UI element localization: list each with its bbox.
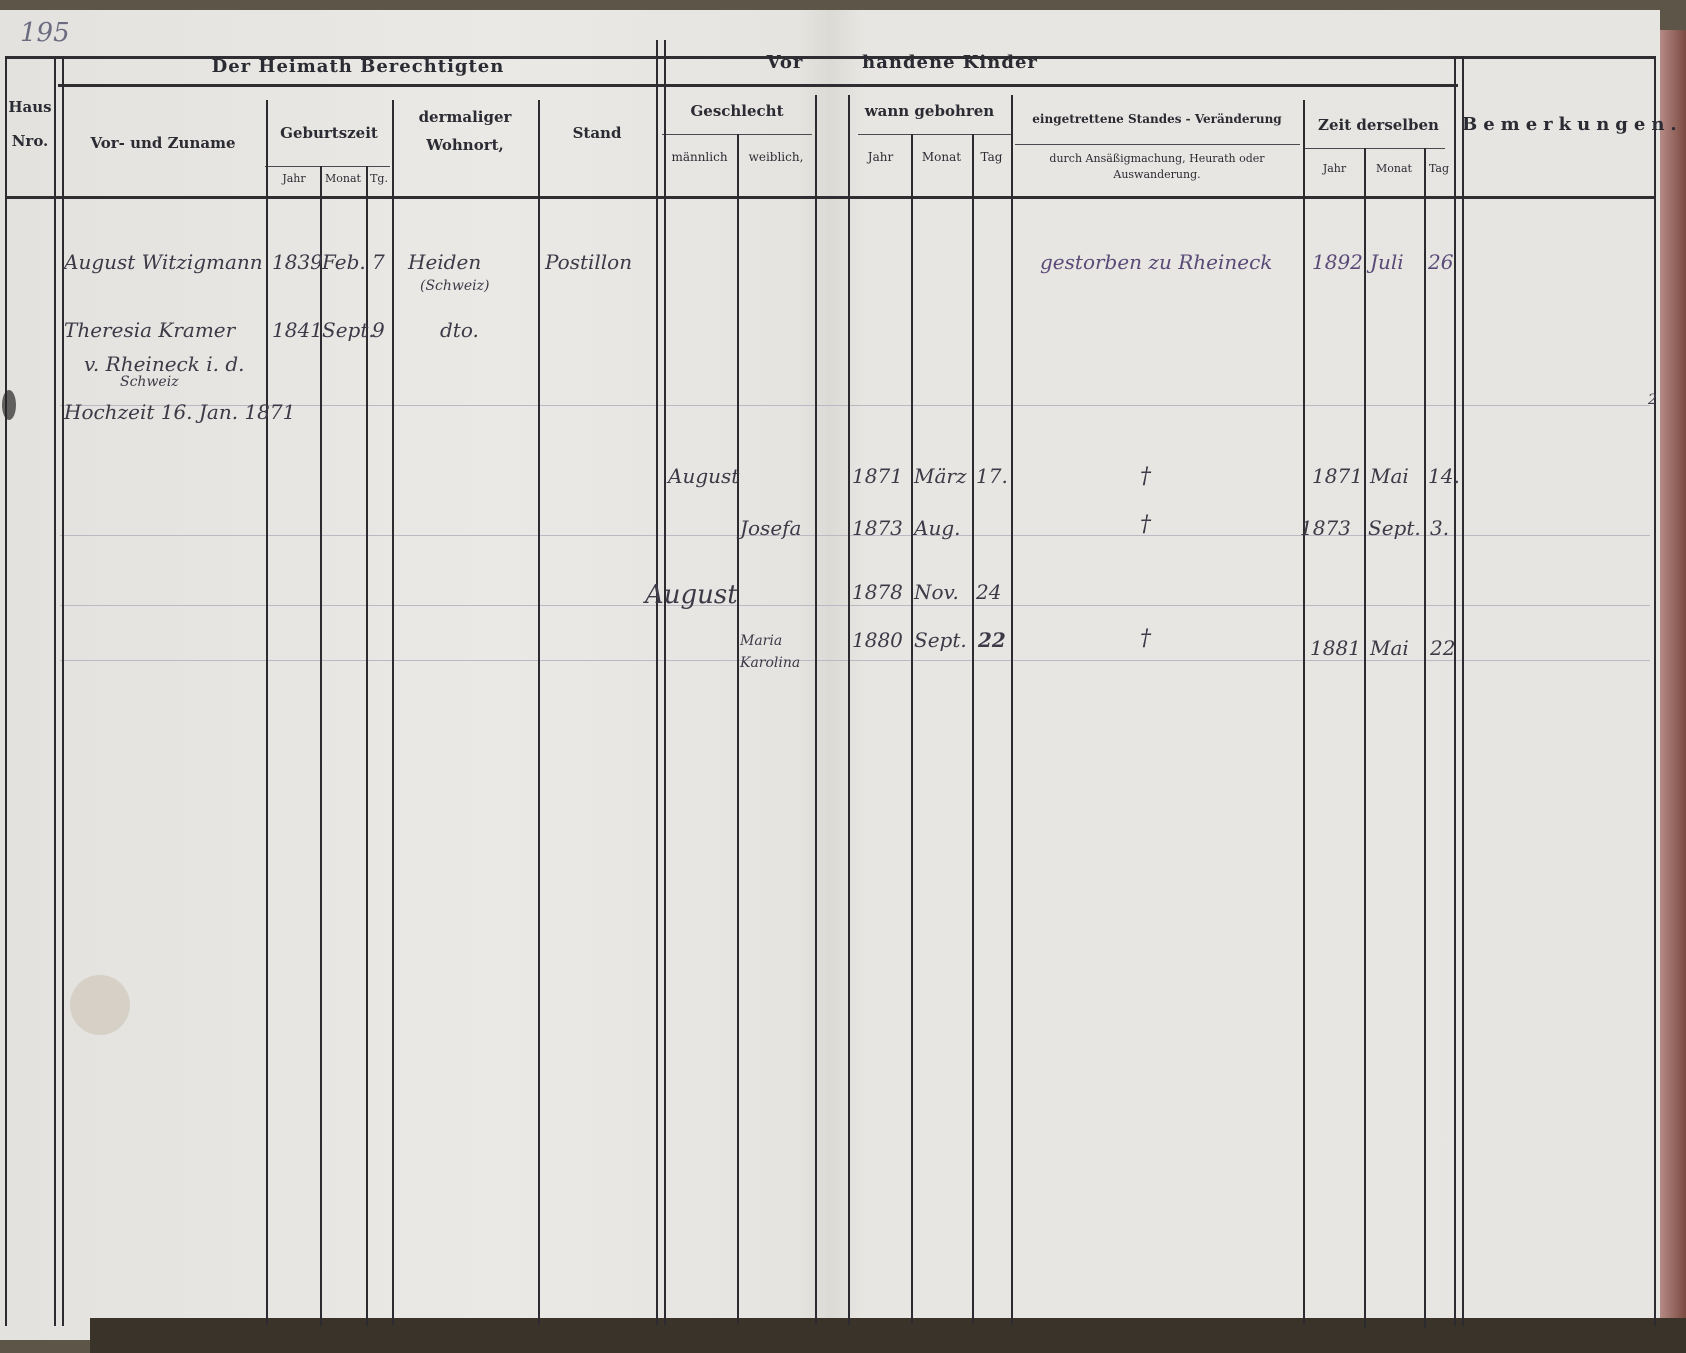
haus-label: Haus xyxy=(6,98,54,116)
child-2-change-year: 1873 xyxy=(1300,516,1351,540)
parent-1-name: August Witzigmann xyxy=(64,250,263,274)
death-cross-icon: † xyxy=(1140,464,1151,489)
ledger-page xyxy=(0,10,1660,1340)
child-1-day: 17. xyxy=(976,464,1008,488)
child-4-day: 22 xyxy=(978,628,1006,652)
parent-2-name: Theresia Kramer xyxy=(64,318,235,342)
child-2-year: 1873 xyxy=(852,516,903,540)
row-rule xyxy=(60,660,1650,661)
remarks-divider xyxy=(1454,56,1464,1326)
parent-2-origin-2: Schweiz xyxy=(120,374,179,390)
col-divider xyxy=(538,100,540,1325)
child-4-change-day: 22 xyxy=(1430,636,1455,660)
child-1-change-day: 14. xyxy=(1428,464,1460,488)
col-residence-1: dermaliger xyxy=(392,108,538,126)
frame-right xyxy=(1654,56,1656,1326)
col-divider xyxy=(848,95,850,1325)
parent-1-change-month: Juli xyxy=(1370,250,1404,274)
col-divider xyxy=(656,40,666,1325)
col-female: weiblich, xyxy=(737,150,815,164)
page-bottom-shadow xyxy=(90,1318,1686,1353)
child-4-month: Sept. xyxy=(914,628,967,652)
col-birth: Geburtszeit xyxy=(266,124,392,142)
child-2-change-day: 3. xyxy=(1430,516,1449,540)
child-3-month: Nov. xyxy=(914,580,959,604)
col-divider xyxy=(1011,95,1013,1325)
change-sub-rule xyxy=(1015,144,1300,145)
parent-2-birth-month: Sept. xyxy=(322,318,375,342)
col-birth-day: Tg. xyxy=(366,172,392,185)
col-residence-2: Wohnort, xyxy=(392,136,538,154)
col-divider xyxy=(815,95,817,1325)
col-divider xyxy=(1303,100,1305,1325)
parent-2-marriage: Hochzeit 16. Jan. 1871 xyxy=(64,400,295,424)
parent-2-origin: v. Rheineck i. d. xyxy=(84,352,244,376)
page-number: 195 xyxy=(20,18,70,48)
ink-blot xyxy=(2,390,16,420)
col-stand: Stand xyxy=(538,124,656,142)
child-3-male: August xyxy=(645,580,738,610)
parent-1-birth-year: 1839 xyxy=(272,250,323,274)
col-divider xyxy=(1364,148,1366,1328)
book-edge xyxy=(1660,30,1686,1330)
death-cross-icon: † xyxy=(1140,626,1151,651)
col-remarks: Bemerkungen. xyxy=(1462,114,1654,135)
child-3-year: 1878 xyxy=(852,580,903,604)
margin-note: 2 xyxy=(1648,392,1657,408)
title-rule xyxy=(58,84,1458,87)
col-birth-month: Monat xyxy=(320,172,366,185)
parent-1-change-day: 26 xyxy=(1428,250,1453,274)
nro-label: Nro. xyxy=(6,132,54,150)
col-born-year: Jahr xyxy=(850,150,911,164)
parent-2-residence: dto. xyxy=(440,318,479,342)
col-sex: Geschlecht xyxy=(662,102,812,120)
child-2-month: Aug. xyxy=(914,516,960,540)
parent-2-birth-year: 1841 xyxy=(272,318,323,342)
stain xyxy=(70,975,130,1035)
row-rule xyxy=(60,405,1650,406)
col-change: eingetrettene Standes - Veränderung xyxy=(1011,112,1303,126)
col-time-year: Jahr xyxy=(1305,162,1364,175)
child-4-change-month: Mai xyxy=(1370,636,1409,660)
col-time: Zeit derselben xyxy=(1303,116,1454,134)
child-1-male: August xyxy=(668,464,739,488)
header-bottom-rule xyxy=(5,196,1655,199)
birth-sub-rule xyxy=(265,166,390,167)
col-divider xyxy=(392,100,394,1325)
col-born-day: Tag xyxy=(972,150,1011,164)
left-title: Der Heimath Berechtigten xyxy=(60,56,656,77)
parent-1-change: gestorben zu Rheineck xyxy=(1040,250,1272,274)
child-2-female: Josefa xyxy=(740,516,801,540)
col-divider xyxy=(266,100,268,1325)
center-title-right: handene Kinder xyxy=(850,52,1050,73)
col-divider xyxy=(737,134,739,1324)
col-divider xyxy=(972,134,974,1324)
center-title-left: Vor xyxy=(740,52,830,73)
col-birth-year: Jahr xyxy=(268,172,320,185)
haus-divider xyxy=(54,56,64,1326)
parent-2-birth-day: 9 xyxy=(372,318,385,342)
frame-left xyxy=(5,56,7,1326)
child-1-year: 1871 xyxy=(852,464,903,488)
parent-1-stand: Postillon xyxy=(545,250,632,274)
child-3-day: 24 xyxy=(976,580,1001,604)
col-divider xyxy=(1424,148,1426,1328)
child-1-month: März xyxy=(914,464,967,488)
col-male: männlich xyxy=(662,150,737,164)
col-divider xyxy=(911,134,913,1324)
death-cross-icon: † xyxy=(1140,512,1151,537)
col-change-sub-1: durch Ansäßigmachung, Heurath oder xyxy=(1011,152,1303,165)
parent-1-change-year: 1892 xyxy=(1312,250,1363,274)
row-rule xyxy=(60,605,1650,606)
child-4-year: 1880 xyxy=(852,628,903,652)
col-name: Vor- und Zuname xyxy=(60,134,266,152)
parent-1-residence-2: (Schweiz) xyxy=(420,278,490,294)
child-1-change-month: Mai xyxy=(1370,464,1409,488)
col-change-sub-2: Auswanderung. xyxy=(1011,168,1303,181)
col-time-day: Tag xyxy=(1424,162,1454,175)
child-1-change-year: 1871 xyxy=(1312,464,1363,488)
col-born: wann gebohren xyxy=(848,102,1011,120)
parent-1-birth-day: 7 xyxy=(372,250,385,274)
parent-1-birth-month: Feb. xyxy=(322,250,366,274)
born-sub-rule xyxy=(858,134,1013,135)
child-2-change-month: Sept. xyxy=(1368,516,1421,540)
child-4-female: Maria Karolina xyxy=(740,630,812,674)
col-born-month: Monat xyxy=(911,150,972,164)
parent-1-residence: Heiden xyxy=(408,250,481,274)
child-4-change-year: 1881 xyxy=(1310,636,1361,660)
col-time-month: Monat xyxy=(1364,162,1424,175)
